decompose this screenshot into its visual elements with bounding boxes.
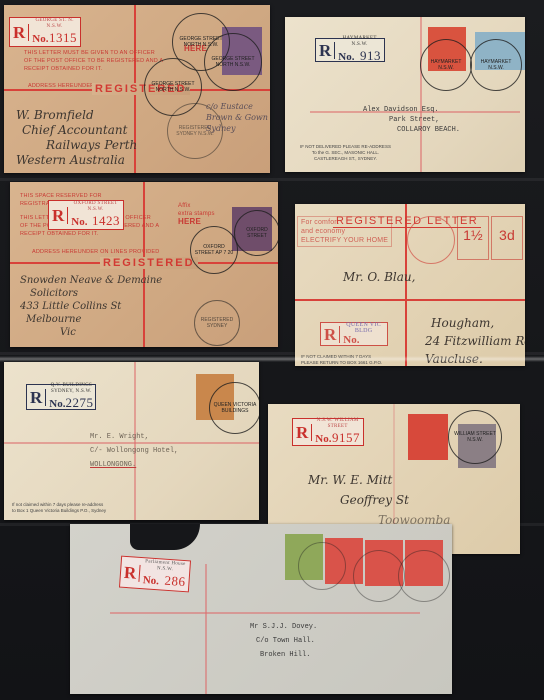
registration-label: R Q.V. BUILDINGS SYDNEY, N.S.W. No.2275 [26, 384, 96, 410]
registration-number: 1423 [92, 213, 120, 229]
typed-address: Mr S.J.J. Dovey.C/o Town Hall.Broken Hil… [250, 620, 317, 662]
handwritten-address: W. BromfieldChief AccountantRailways Per… [16, 108, 137, 168]
typed-address: Mr. E. Wright,C/- Wollongong Hotel,WOLLO… [90, 430, 178, 472]
return-address: IF NOT DELIVERED PLEASE RE-ADDRESSTo the… [300, 144, 391, 162]
cover-oxford-street-1423: THIS SPACE RESERVED FORREGISTRATION LABE… [10, 182, 278, 347]
registration-label: R N.S.W. WILLIAM STREET No.9157 [292, 418, 364, 446]
postmark: GEORGE STREET NORTH N.S.W. [204, 33, 262, 91]
torn-edge [130, 524, 200, 550]
registration-label: R GEORGE ST. N. N.S.W. No.1315 [9, 17, 81, 47]
registration-label: R HAYMARKET N.S.W. No.913 [315, 38, 385, 62]
registration-number: 2275 [65, 395, 93, 411]
postmark: QUEEN VICTORIA BUILDINGS [209, 382, 259, 434]
meter-value: 1½ [457, 216, 489, 260]
postmark: OXFORD STREET AP 7 20 [190, 226, 238, 274]
registration-label: R QUEEN VIC BLDG No. [320, 322, 388, 346]
registered-word: REGISTERED [100, 257, 198, 269]
registration-number: 9157 [332, 430, 360, 446]
return-note: If not claimed within 7 days please re-a… [12, 502, 106, 514]
postmark [398, 550, 450, 602]
postmark: HAYMARKET N.S.W. [420, 39, 472, 91]
red-cross-vertical [405, 204, 407, 366]
cover-parliament-house-286: R Parliament House N.S.W. No.286 Mr S.J.… [70, 524, 452, 694]
red-cross-horizontal [110, 612, 420, 614]
registration-number: 913 [360, 48, 381, 64]
affix-stamps-text: Affixextra stampsHERE [178, 202, 215, 226]
registration-label: R Parliament House N.S.W. No.286 [119, 556, 191, 593]
registration-label: R OXFORD STREET N.S.W. No.1423 [48, 200, 124, 230]
typed-address: Alex Davidson Esq.Park Street,COLLAROY B… [363, 105, 460, 135]
handwritten-name: Mr. O. Blau, [343, 270, 415, 285]
postmark: HAYMARKET N.S.W. [470, 39, 522, 91]
handwritten-address: Snowden Neave & DemaineSolicitors433 Lit… [20, 274, 162, 339]
red-cross-vertical [420, 17, 422, 172]
meter-value: 3d [491, 216, 523, 260]
cover-qv-buildings-2275: R Q.V. BUILDINGS SYDNEY, N.S.W. No.2275 … [4, 362, 259, 520]
printed-instructions: THIS LETTER MUST BE GIVEN TO AN OFFICERO… [24, 49, 163, 73]
handwritten-address: Mr. W. E. MittGeoffrey StToowoomba [308, 470, 450, 530]
cover-haymarket-913: R HAYMARKET N.S.W. No.913 HAYMARKET N.S.… [285, 17, 525, 172]
red-cross-vertical [205, 564, 207, 694]
postmark: WILLIAM STREET N.S.W. [448, 410, 502, 464]
registration-number: 286 [164, 573, 186, 590]
red-cross-horizontal [295, 299, 525, 301]
registration-number: 1315 [49, 30, 77, 46]
cover-registered-letter-meter: For comfortand economyELECTRIFY YOUR HOM… [295, 204, 525, 366]
sleeve-edge [0, 178, 544, 181]
postmark [298, 542, 346, 590]
handwritten-redirect: c/o EustaceBrown & GownSydney [206, 101, 268, 134]
cover-george-street-1315: R GEORGE ST. N. N.S.W. No.1315 THIS LETT… [4, 5, 270, 173]
meter-postmark [407, 216, 455, 264]
postmark: REGISTERED SYDNEY [194, 300, 240, 346]
postmark: OXFORD STREET [234, 210, 278, 256]
kgv-red-stamp [408, 414, 448, 460]
